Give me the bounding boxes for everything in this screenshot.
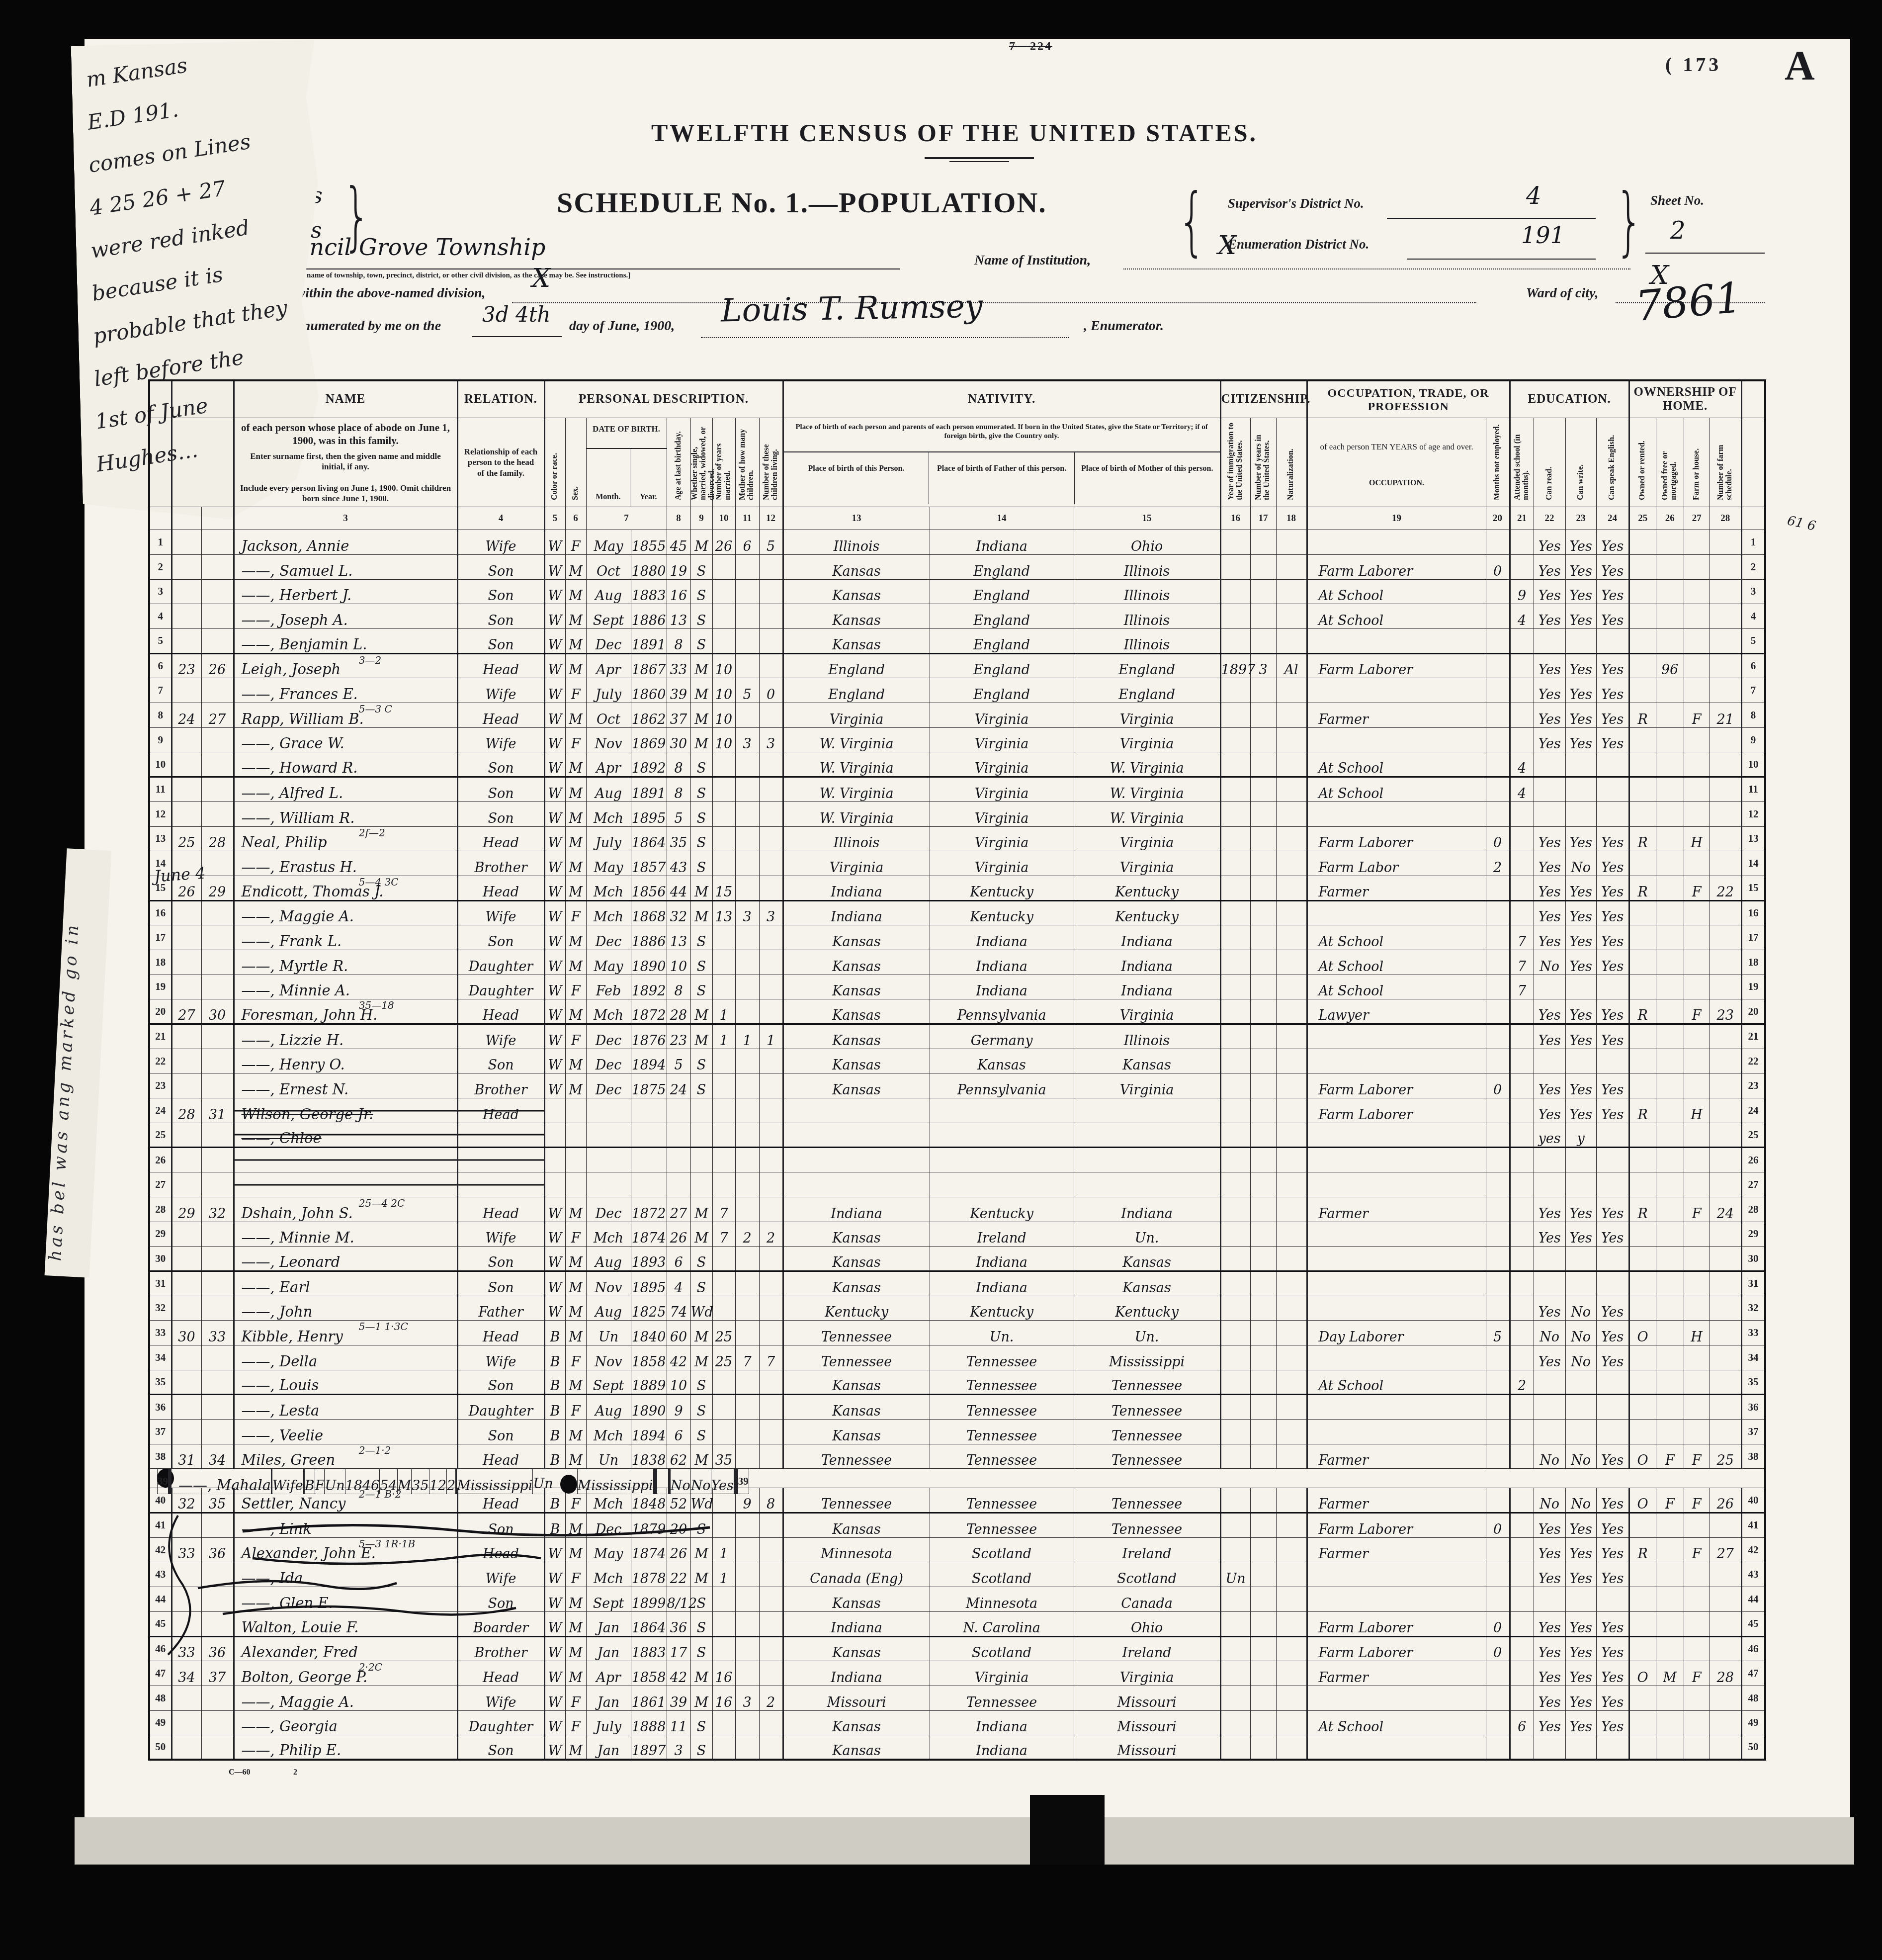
cell-or-r8: R: [1629, 703, 1656, 728]
cell-rel-r44: Son: [457, 1587, 544, 1612]
subheader-farm-schedule: Number of farm schedule.: [1710, 418, 1741, 507]
cell-im-r44: [1220, 1587, 1250, 1612]
schedule-row-14: 14——, Erastus H.BrotherWMMay185743SVirgi…: [149, 851, 1765, 876]
cell-liv-r22: [759, 1049, 783, 1073]
schedule-row-30: 30——, LeonardSonWMAug18936SKansasIndiana…: [149, 1247, 1765, 1271]
cell-sex-r46: M: [565, 1636, 586, 1661]
schedule-row-44: 44——, Glen E.SonWMSept18998/12SKansasMin…: [149, 1587, 1765, 1612]
page-stamp: ( 173: [1665, 53, 1721, 76]
cell-dw-r14: [171, 851, 201, 876]
cell-ln-r42: 42: [149, 1537, 171, 1562]
cell-en-r22: [1596, 1049, 1629, 1073]
cell-fm-r9: [1656, 727, 1684, 752]
cell-ps-r48: Missouri: [783, 1686, 930, 1710]
cell-pf-r44: Minnesota: [930, 1587, 1074, 1612]
schedule-row-23: 23——, Ernest N.BrotherWMDec187524SKansas…: [149, 1073, 1765, 1098]
cell-sex-r16: F: [565, 900, 586, 925]
cell-color-r31: W: [544, 1271, 565, 1296]
cell-na-r31: [1276, 1271, 1307, 1296]
fill-line: [1407, 259, 1596, 260]
cell-yr-r15: 1856: [631, 876, 667, 900]
cell-fam-r16: [201, 900, 234, 925]
cell-sc-r27: [1510, 1172, 1534, 1197]
header-occupation-group: OCCUPATION, TRADE, OR PROFESSION: [1307, 380, 1510, 418]
cell-yu-r44: [1250, 1587, 1276, 1612]
cell-im-r30: [1220, 1247, 1250, 1271]
cell-rel-r46: Brother: [457, 1636, 544, 1661]
cell-sc-r13: [1510, 826, 1534, 851]
cell-na-r12: [1276, 802, 1307, 826]
cell-sex-r25: [565, 1123, 586, 1148]
cell-ln-r25: 25: [149, 1123, 171, 1148]
cell-ch-r37: [735, 1420, 759, 1444]
colnum: 10: [712, 507, 735, 530]
cell-wr-r15: Yes: [1565, 876, 1596, 900]
cell-mo-r28: Dec: [586, 1197, 631, 1222]
cell-ym-r1: 26: [712, 530, 735, 555]
cell-color-r50: W: [544, 1735, 565, 1760]
cell-mar-r50: S: [690, 1735, 712, 1760]
cell-im-r42: [1220, 1537, 1250, 1562]
cell-color-r12: W: [544, 802, 565, 826]
cell-rn-r20: 20: [1741, 999, 1765, 1024]
cell-yr-r24: [631, 1098, 667, 1123]
cell-fh-r17: [1684, 925, 1710, 950]
cell-color-r33: B: [544, 1321, 565, 1345]
cell-liv-r9: 3: [759, 727, 783, 752]
cell-na-r8: [1276, 703, 1307, 728]
subheader-blank: [149, 418, 171, 507]
cell-age-r16: 32: [667, 900, 690, 925]
occupation-sub-label: OCCUPATION.: [1308, 479, 1486, 488]
schedule-row-17: 17——, Frank L.SonWMDec188613SKansasIndia…: [149, 925, 1765, 950]
cell-na-r10: [1276, 752, 1307, 777]
cell-color-r17: W: [544, 925, 565, 950]
cell-age-r42: 26: [667, 1537, 690, 1562]
cell-pf-r49: Indiana: [930, 1710, 1074, 1735]
cell-sc-r33: [1510, 1321, 1534, 1345]
cell-rel-r28: Head: [457, 1197, 544, 1222]
cell-ns-r21: [1710, 1024, 1741, 1049]
cell-age-r12: 5: [667, 802, 690, 826]
cell-ch-r3: [735, 579, 759, 604]
cell-or-r15: R: [1629, 876, 1656, 900]
schedule-row-7: 7——, Frances E.WifeWFJuly186039M1050Engl…: [149, 678, 1765, 703]
brace: {: [1178, 178, 1206, 265]
cell-na-r29: [1276, 1222, 1307, 1247]
cell-ym-r33: 25: [712, 1321, 735, 1345]
cell-yu-r2: [1250, 554, 1276, 579]
cell-en-r6: Yes: [1596, 653, 1629, 678]
cell-rn-r36: 36: [1741, 1395, 1765, 1420]
cell-fam-r42: 36: [201, 1537, 234, 1562]
cell-ps-r43: Canada (Eng): [783, 1562, 930, 1587]
cell-yr-r10: 1892: [631, 752, 667, 777]
cell-liv-r34: 7: [759, 1345, 783, 1370]
cell-ns-r30: [1710, 1247, 1741, 1271]
cell-ps-r46: Kansas: [783, 1636, 930, 1661]
cell-ps-r12: W. Virginia: [783, 802, 930, 826]
cell-ps-r19: Kansas: [783, 975, 930, 999]
cell-rd-r9: Yes: [1534, 727, 1565, 752]
subheader-dob: DATE OF BIRTH. Month. Year.: [586, 418, 667, 507]
cell-sex-r3: M: [565, 579, 586, 604]
cell-pm-r2: Illinois: [1074, 554, 1220, 579]
cell-pm-r40: Tennessee: [1074, 1488, 1220, 1513]
cell-fm-r32: [1656, 1296, 1684, 1321]
cell-yr-r16: 1868: [631, 900, 667, 925]
cell-ym-r46: [712, 1636, 735, 1661]
cell-or-r5: [1629, 629, 1656, 654]
cell-ns-r8: 21: [1710, 703, 1741, 728]
cell-yr-r21: 1876: [631, 1024, 667, 1049]
cell-en-r31: [1596, 1271, 1629, 1296]
cell-mo-r42: May: [586, 1537, 631, 1562]
cell-mo-r1: May: [586, 530, 631, 555]
cell-mo-r48: Jan: [586, 1686, 631, 1710]
schedule-row-35: 35——, LouisSonBMSept188910SKansasTenness…: [149, 1370, 1765, 1395]
cell-dw-r46: 33: [171, 1636, 201, 1661]
cell-liv-r42: [759, 1537, 783, 1562]
cell-im-r21: [1220, 1024, 1250, 1049]
cell-or-r43: [1629, 1562, 1656, 1587]
cell-na-r25: [1276, 1123, 1307, 1148]
cell-dw-r42: 33: [171, 1537, 201, 1562]
cell-ps-r42: Minnesota: [783, 1537, 930, 1562]
cell-im-r23: [1220, 1073, 1250, 1098]
cell-ch-r15: [735, 876, 759, 900]
cell-name-r7: ——, Frances E.: [234, 678, 457, 703]
cell-mar-r8: M: [690, 703, 712, 728]
cell-ln-r33: 33: [149, 1321, 171, 1345]
cell-rd-r29: Yes: [1534, 1222, 1565, 1247]
cell-occ-r21: [1307, 1024, 1486, 1049]
cell-dw-r22: [171, 1049, 201, 1073]
cell-en-r23: Yes: [1596, 1073, 1629, 1098]
cell-rel-r49: Daughter: [457, 1710, 544, 1735]
cell-liv-r46: [759, 1636, 783, 1661]
colnum: 21: [1510, 507, 1534, 530]
schedule-row-20: 202730Foresman, John H.35—18HeadWMMch187…: [149, 999, 1765, 1024]
cell-ns-r2: [1710, 554, 1741, 579]
institution-value: X: [1218, 231, 1236, 261]
cell-yu-r4: [1250, 604, 1276, 629]
cell-rd-r14: Yes: [1534, 851, 1565, 876]
cell-fm-r21: [1656, 1024, 1684, 1049]
cell-mo-r25: [586, 1123, 631, 1148]
cell-age-r5: 8: [667, 629, 690, 654]
cell-or-r23: [1629, 1073, 1656, 1098]
cell-dw-r17: [171, 925, 201, 950]
supervisor-district-label: Supervisor's District No.: [1228, 196, 1364, 211]
cell-rn-r2: 2: [1741, 554, 1765, 579]
cell-ns-r48: [1710, 1686, 1741, 1710]
cell-pf-r40: Tennessee: [930, 1488, 1074, 1513]
cell-im-r24: [1220, 1098, 1250, 1123]
cell-fh-r25: [1684, 1123, 1710, 1148]
cell-ym-r21: 1: [712, 1024, 735, 1049]
cell-yu-r27: [1250, 1172, 1276, 1197]
enumerated-by-label: Enumerated by me on the: [293, 318, 441, 334]
cell-yr-r22: 1894: [631, 1049, 667, 1073]
cell-or-r33: O: [1629, 1321, 1656, 1345]
name-annotation: 5—3 C: [359, 703, 392, 715]
cell-mu-r29: [1486, 1222, 1510, 1247]
cell-pf-r24: [930, 1098, 1074, 1123]
cell-ln-r18: 18: [149, 950, 171, 975]
cell-fh-r2: [1684, 554, 1710, 579]
cell-im-r50: [1220, 1735, 1250, 1760]
cell-fam-r11: [201, 777, 234, 802]
cell-ym-r5: [712, 629, 735, 654]
cell-yr-r29: 1874: [631, 1222, 667, 1247]
cell-rn-r44: 44: [1741, 1587, 1765, 1612]
cell-en-r2: Yes: [1596, 554, 1629, 579]
cell-fm-r3: [1656, 579, 1684, 604]
schedule-row-8: 82427Rapp, William B.5—3 CHeadWMOct18623…: [149, 703, 1765, 728]
cell-wr-r3: Yes: [1565, 579, 1596, 604]
cell-yr-r50: 1897: [631, 1735, 667, 1760]
cell-yr-r28: 1872: [631, 1197, 667, 1222]
cell-pf-r41: Tennessee: [930, 1513, 1074, 1538]
cell-age-r37: 6: [667, 1420, 690, 1444]
cell-name-r13: Neal, Philip2f—2: [234, 826, 457, 851]
cell-pm-r50: Missouri: [1074, 1735, 1220, 1760]
cell-age-r38: 62: [667, 1444, 690, 1469]
cell-yr-r43: 1878: [631, 1562, 667, 1587]
cell-liv-r50: [759, 1735, 783, 1760]
cell-ns-r16: [1710, 900, 1741, 925]
cell-sc-r36: [1510, 1395, 1534, 1420]
cell-wr-r1: Yes: [1565, 530, 1596, 555]
cell-age-r46: 17: [667, 1636, 690, 1661]
cell-yr-r9: 1869: [631, 727, 667, 752]
cell-wr-r41: Yes: [1565, 1513, 1596, 1538]
cell-name-r5: ——, Benjamin L.: [234, 629, 457, 654]
cell-pf-r8: Virginia: [930, 703, 1074, 728]
cell-pm-r34: Mississippi: [1074, 1345, 1220, 1370]
cell-pm-r24: [1074, 1098, 1220, 1123]
cell-rd-r10: [1534, 752, 1565, 777]
cell-ln-r11: 11: [149, 777, 171, 802]
cell-ns-r28: 24: [1710, 1197, 1741, 1222]
subheader-age: Age at last birthday.: [667, 418, 690, 507]
cell-mu-r30: [1486, 1247, 1510, 1271]
cell-ln-r32: 32: [149, 1296, 171, 1321]
cell-mar-r1: M: [690, 530, 712, 555]
cell-occ-r41: Farm Laborer: [1307, 1513, 1486, 1538]
cell-age-r18: 10: [667, 950, 690, 975]
cell-rn-r42: 42: [1741, 1537, 1765, 1562]
subheader-dwelling-family: [171, 418, 234, 507]
cell-na-r17: [1276, 925, 1307, 950]
cell-ym-r49: [712, 1710, 735, 1735]
cell-mo-r23: Dec: [586, 1073, 631, 1098]
cell-pf-r5: England: [930, 629, 1074, 654]
colnum-dwelling: [171, 507, 201, 530]
cell-color-r21: W: [544, 1024, 565, 1049]
cell-ym-r42: 1: [712, 1537, 735, 1562]
cell-en-r13: Yes: [1596, 826, 1629, 851]
cell-mu-r41: 0: [1486, 1513, 1510, 1538]
cell-na-r19: [1276, 975, 1307, 999]
cell-wr-r29: Yes: [1565, 1222, 1596, 1247]
cell-color-r9: W: [544, 727, 565, 752]
cell-wr-r36: [1565, 1395, 1596, 1420]
cell-mu-r8: [1486, 703, 1510, 728]
cell-mo-r14: May: [586, 851, 631, 876]
cell-or-r49: [1629, 1710, 1656, 1735]
cell-sex-r5: M: [565, 629, 586, 654]
cell-mu-r47: [1486, 1661, 1510, 1686]
cell-rn-r41: 41: [1741, 1513, 1765, 1538]
cell-na-r43: [1276, 1562, 1307, 1587]
cell-liv-r3: [759, 579, 783, 604]
sheet-no-value: 2: [1670, 217, 1686, 245]
cell-pf-r11: Virginia: [930, 777, 1074, 802]
cell-wr-r23: Yes: [1565, 1073, 1596, 1098]
cell-fm-r11: [1656, 777, 1684, 802]
cell-pm-r44: Canada: [1074, 1587, 1220, 1612]
cell-liv-r20: [759, 999, 783, 1024]
cell-liv-r16: 3: [759, 900, 783, 925]
occupation-title: OCCUPATION, TRADE, OR PROFESSION: [1308, 385, 1509, 414]
cell-name-r49: ——, Georgia: [234, 1710, 457, 1735]
cell-yu-r25: [1250, 1123, 1276, 1148]
cell-ln-r20: 20: [149, 999, 171, 1024]
cell-en-r46: Yes: [1596, 1636, 1629, 1661]
cell-en-r34: Yes: [1596, 1345, 1629, 1370]
cell-yu-r30: [1250, 1247, 1276, 1271]
cell-fh-r34: [1684, 1345, 1710, 1370]
cell-en-r47: Yes: [1596, 1661, 1629, 1686]
cell-ym-r17: [712, 925, 735, 950]
cell-im-r18: [1220, 950, 1250, 975]
cell-occ-r13: Farm Laborer: [1307, 826, 1486, 851]
cell-fm-r1: [1656, 530, 1684, 555]
schedule-row-41: 41——, LinkSonBMDec187920SKansasTennessee…: [149, 1513, 1765, 1538]
cell-en-r35: [1596, 1370, 1629, 1395]
cell-color-r20: W: [544, 999, 565, 1024]
cell-na-r2: [1276, 554, 1307, 579]
cell-na-r26: [1276, 1148, 1307, 1172]
cell-en-r9: Yes: [1596, 727, 1629, 752]
cell-mu-r15: [1486, 876, 1510, 900]
cell-ch-r48: 3: [735, 1686, 759, 1710]
cell-wr-r4: Yes: [1565, 604, 1596, 629]
schedule-row-18: 18——, Myrtle R.DaughterWMMay189010SKansa…: [149, 950, 1765, 975]
cell-sex-r32: M: [565, 1296, 586, 1321]
cell-fh-r14: [1684, 851, 1710, 876]
colnum: 23: [1565, 507, 1596, 530]
cell-na-r24: [1276, 1098, 1307, 1123]
cell-wr-r43: Yes: [1565, 1562, 1596, 1587]
cell-sc-r42: [1510, 1537, 1534, 1562]
cell-im-r40: [1220, 1488, 1250, 1513]
subheader-blank: [1741, 418, 1765, 507]
cell-ps-r47: Indiana: [783, 1661, 930, 1686]
cell-color-r22: W: [544, 1049, 565, 1073]
cell-pf-r13: Virginia: [930, 826, 1074, 851]
cell-mo-r31: Nov: [586, 1271, 631, 1296]
cell-mu-r14: 2: [1486, 851, 1510, 876]
cell-ln-r46: 46: [149, 1636, 171, 1661]
cell-rn-r14: 14: [1741, 851, 1765, 876]
cell-occ-r11: At School: [1307, 777, 1486, 802]
cell-or-r21: [1629, 1024, 1656, 1049]
cell-fam-r48: [201, 1686, 234, 1710]
cell-mo-r49: July: [586, 1710, 631, 1735]
cell-age-r27: [667, 1172, 690, 1197]
cell-fm-r12: [1656, 802, 1684, 826]
cell-ym-r38: 35: [712, 1444, 735, 1469]
header-personal-group: PERSONAL DESCRIPTION.: [544, 380, 783, 418]
cell-fm-r24: [1656, 1098, 1684, 1123]
subheader-years-married: Number of years married.: [712, 418, 735, 507]
cell-rd-r19: [1534, 975, 1565, 999]
cell-en-r27: [1596, 1172, 1629, 1197]
cell-mu-r48: [1486, 1686, 1510, 1710]
cell-ns-r23: [1710, 1073, 1741, 1098]
cell-age-r26: [667, 1148, 690, 1172]
cell-en-r44: [1596, 1587, 1629, 1612]
cell-pm-r17: Indiana: [1074, 925, 1220, 950]
cell-mu-r25: [1486, 1123, 1510, 1148]
cell-mar-r20: M: [690, 999, 712, 1024]
cell-ch-r36: [735, 1395, 759, 1420]
cell-ch-r9: 3: [735, 727, 759, 752]
cell-color-r45: W: [544, 1611, 565, 1636]
cell-wr-r16: Yes: [1565, 900, 1596, 925]
schedule-row-36: 36——, LestaDaughterBFAug18909SKansasTenn…: [149, 1395, 1765, 1420]
cell-mo-r44: Sept: [586, 1587, 631, 1612]
cell-occ-r23: Farm Laborer: [1307, 1073, 1486, 1098]
cell-sc-r28: [1510, 1197, 1534, 1222]
cell-pm-r42: Ireland: [1074, 1537, 1220, 1562]
cell-liv-r24: [759, 1098, 783, 1123]
cell-na-r11: [1276, 777, 1307, 802]
cell-or-r46: [1629, 1636, 1656, 1661]
cell-rel-r1: Wife: [457, 530, 544, 555]
cell-fam-r30: [201, 1247, 234, 1271]
cell-rel-r2: Son: [457, 554, 544, 579]
cell-yu-r34: [1250, 1345, 1276, 1370]
cell-mo-r4: Sept: [586, 604, 631, 629]
cell-rel-r13: Head: [457, 826, 544, 851]
cell-ns-r31: [1710, 1271, 1741, 1296]
cell-age-r49: 11: [667, 1710, 690, 1735]
cell-age-r13: 35: [667, 826, 690, 851]
cell-ch-r50: [735, 1735, 759, 1760]
cell-rn-r7: 7: [1741, 678, 1765, 703]
name-annotation: 5—3 1R·1B: [359, 1538, 415, 1550]
cell-mar-r7: M: [690, 678, 712, 703]
cell-pm-r18: Indiana: [1074, 950, 1220, 975]
cell-mo-r36: Aug: [586, 1395, 631, 1420]
cell-ym-r32: [712, 1296, 735, 1321]
cell-or-r28: R: [1629, 1197, 1656, 1222]
population-schedule-table: NAME RELATION. PERSONAL DESCRIPTION. NAT…: [148, 379, 1766, 1761]
cell-pm-r14: Virginia: [1074, 851, 1220, 876]
title-rule: [925, 157, 1034, 159]
cell-color-r23: W: [544, 1073, 565, 1098]
cell-en-r21: Yes: [1596, 1024, 1629, 1049]
cell-age-r9: 30: [667, 727, 690, 752]
cell-ln-r30: 30: [149, 1247, 171, 1271]
cell-yr-r38: 1838: [631, 1444, 667, 1469]
cell-mu-r21: [1486, 1024, 1510, 1049]
cell-mar-r21: M: [690, 1024, 712, 1049]
